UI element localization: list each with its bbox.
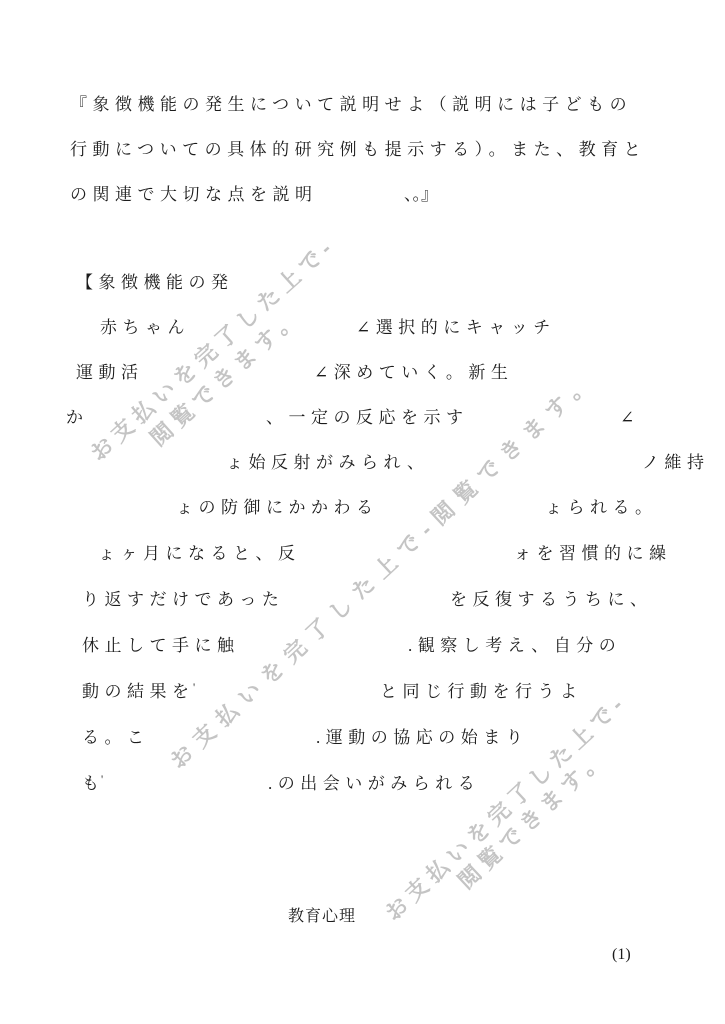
- document-page: お支払いを完了した上で- 閲覧できます。 お支払いを完了した上で-閲覧できます。…: [0, 0, 725, 1024]
- body-line-8-left: り返すだけであった: [82, 591, 284, 609]
- body-line-9-left: 休止して手に触: [82, 637, 240, 655]
- watermark-fragment-bottom-line1: お支払いを完了した上で-: [381, 690, 631, 925]
- body-line-10-left: 動の結果を: [82, 683, 195, 701]
- body-line-6-left: ょの防御にかかわる: [176, 499, 379, 517]
- watermark-fragment-middle: お支払いを完了した上で-閲覧できます。: [166, 366, 600, 773]
- body-heading: 【象徴機能の発: [76, 274, 234, 292]
- body-line-4-right: ∠: [620, 409, 640, 427]
- body-line-4-left: か: [66, 409, 89, 427]
- body-line-7-left: ょヶ月になると、反: [98, 545, 301, 563]
- body-line-6-right: ょられる。: [545, 499, 658, 517]
- body-line-8-right: を反復するうちに、: [450, 591, 653, 609]
- footer-course-label: 教育心理: [288, 908, 356, 926]
- quote-line-3-left: の関連で大切な点を説明: [70, 186, 318, 204]
- body-line-7-right: ォを習慣的に繰: [514, 545, 672, 563]
- body-line-3-right: ∠深めていく。新生: [314, 364, 513, 382]
- quote-line-1: 『象徴機能の発生について説明せよ（説明には子どもの: [70, 96, 632, 114]
- body-line-5-right: ノ維持: [642, 454, 710, 472]
- page-number: (1): [612, 946, 631, 964]
- body-line-5-left: ょ始反射がみられ、: [226, 454, 430, 472]
- quote-line-2: 行動についての具体的研究例も提示する）。また、教育と: [70, 141, 646, 159]
- body-line-10-right: と同じ行動を行うよ: [380, 683, 583, 701]
- body-line-3-left: 運動活: [76, 364, 144, 382]
- body-line-10-tick: ': [193, 678, 195, 696]
- body-line-11-right: .運動の協応の始まり: [316, 729, 528, 747]
- body-line-2-right: ∠選択的にキャッチ: [356, 319, 556, 337]
- watermark-fragment-top-line1: お支払いを完了した上で-: [87, 234, 341, 465]
- body-line-11-left: る。こ: [82, 729, 150, 747]
- body-line-12-tick: ': [101, 770, 103, 788]
- body-line-2-left: 赤ちゃん: [100, 319, 190, 337]
- body-line-4-mid: 、一定の反応を示す: [266, 409, 469, 427]
- body-line-12-right: .の出会いがみられる: [268, 775, 480, 793]
- quote-line-3-right: 、。』: [404, 186, 438, 204]
- body-line-9-right: .観察し考え、自分の: [408, 637, 621, 655]
